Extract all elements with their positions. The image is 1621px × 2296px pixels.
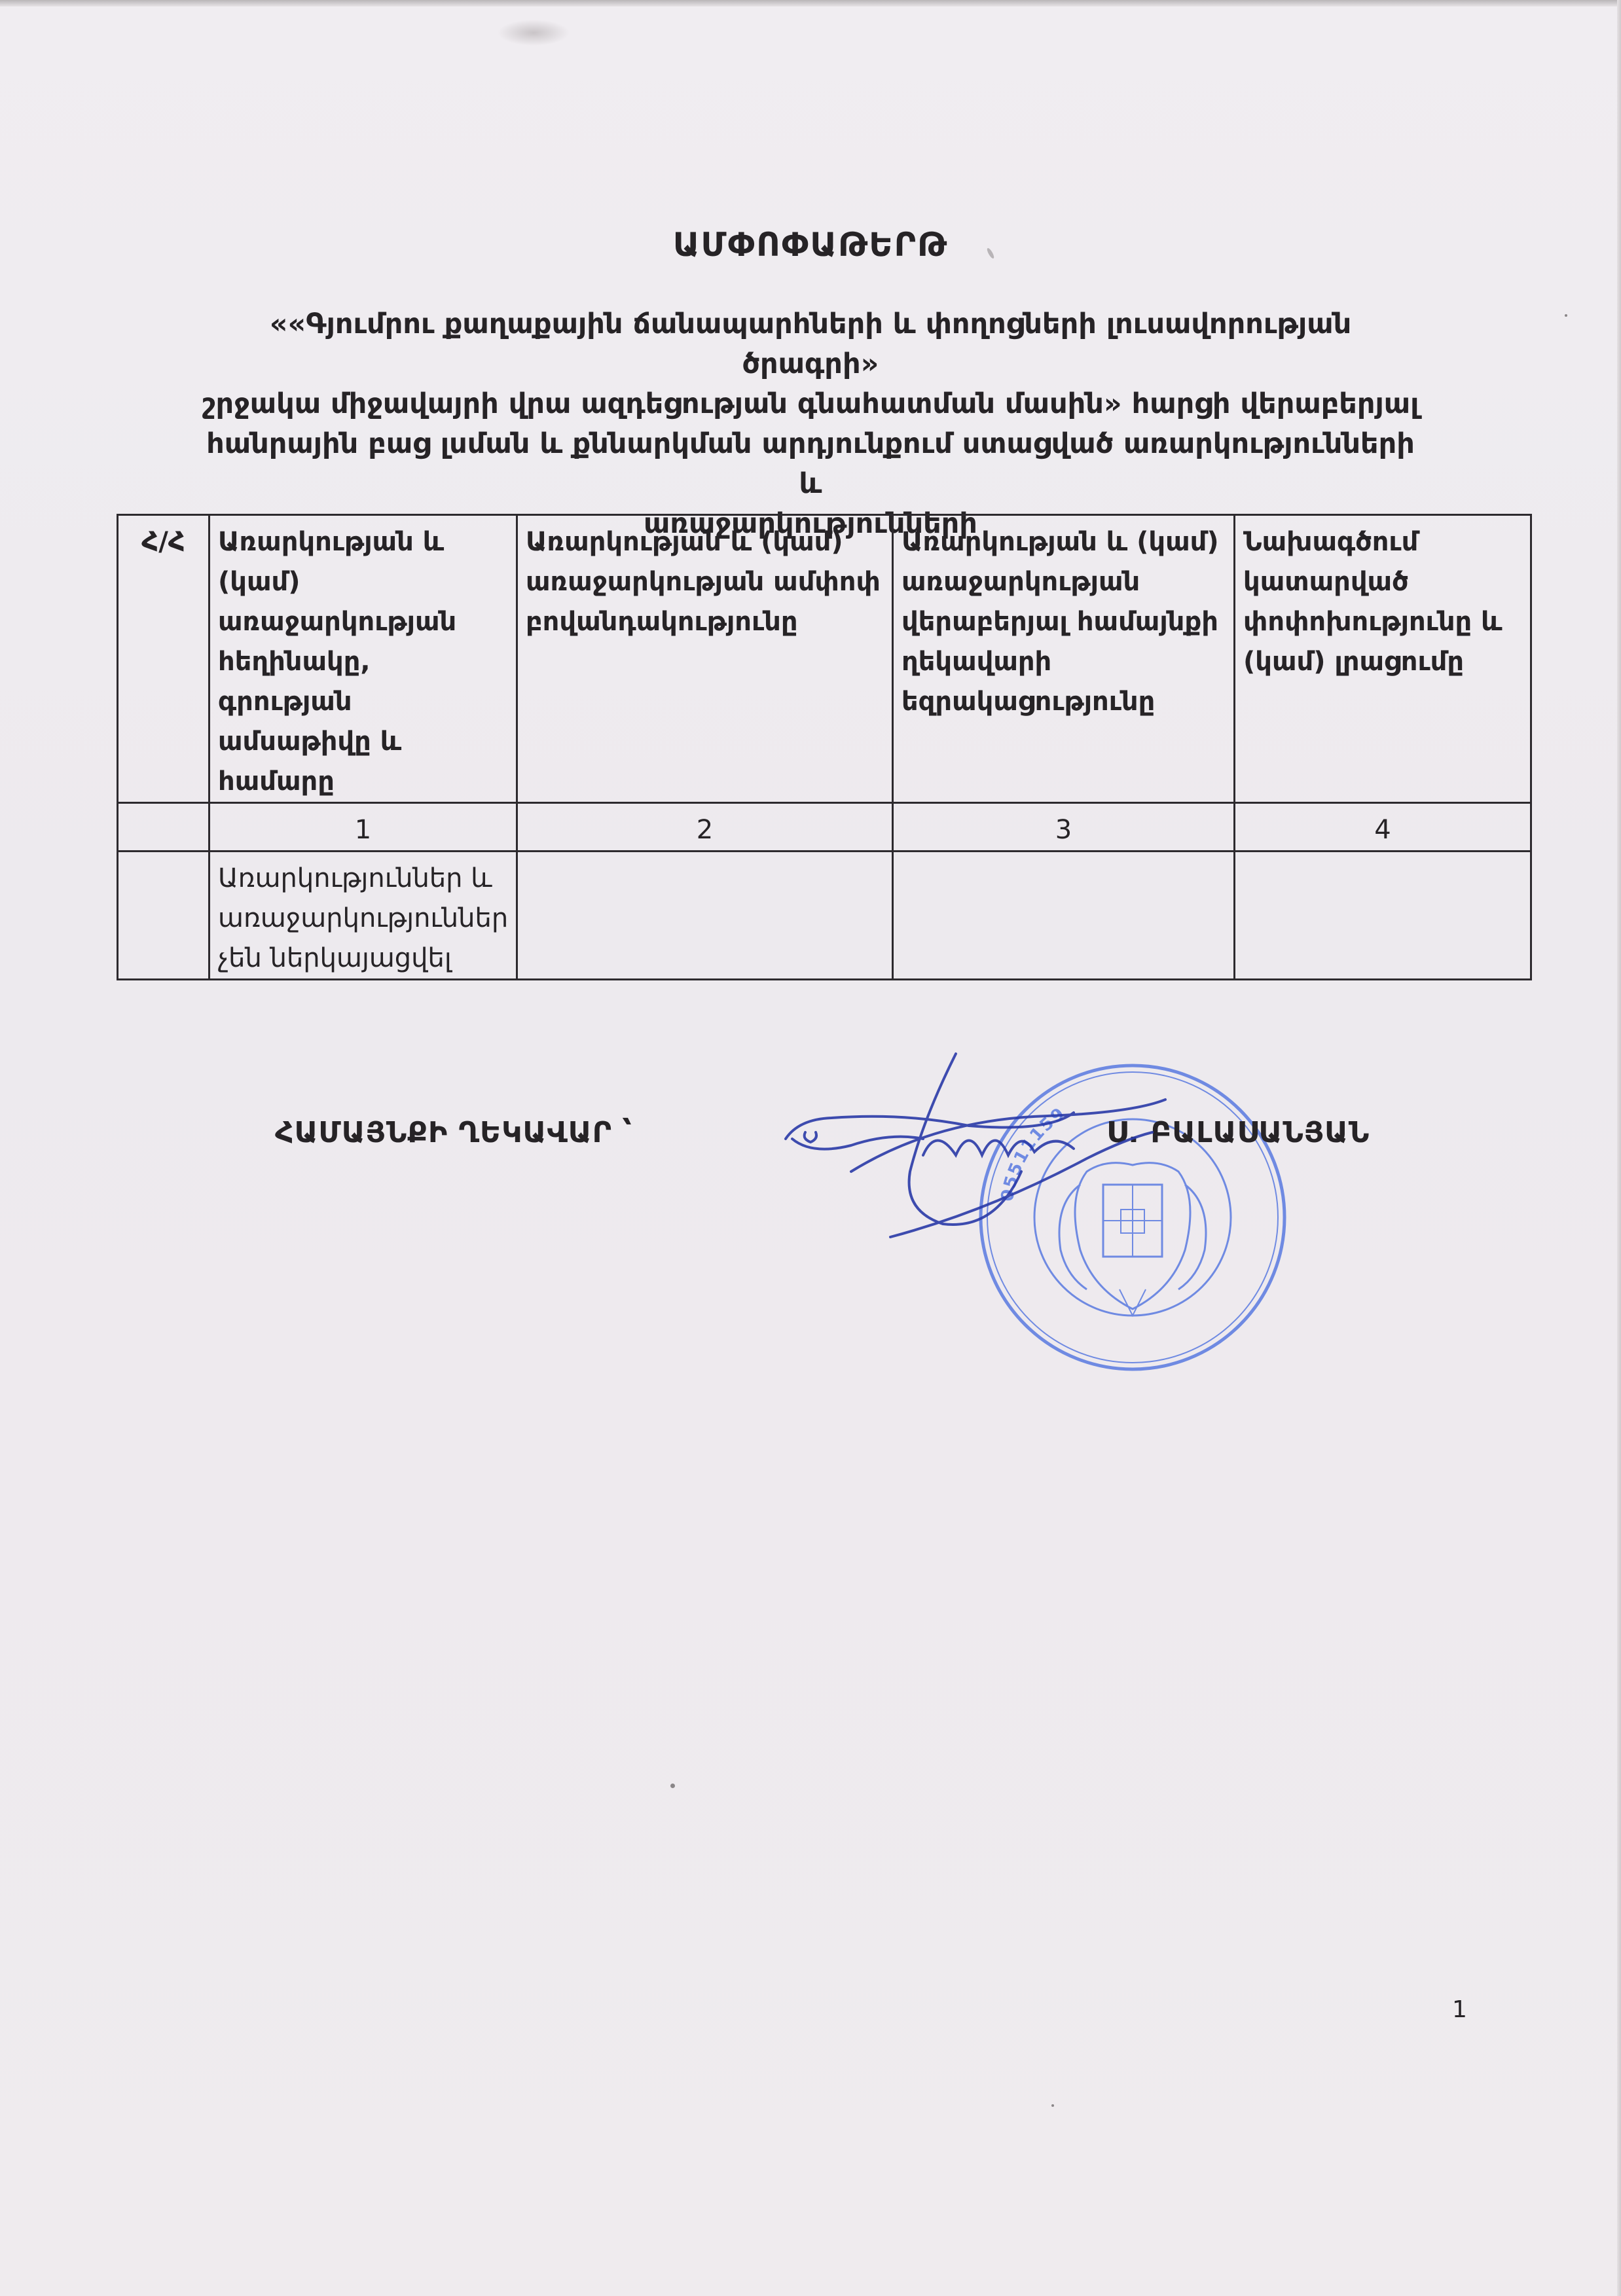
signatory-role: ՀԱՄԱՅՆՔԻ ՂԵԿԱՎԱՐ ՝ <box>275 1116 632 1149</box>
column-number-row: 1 2 3 4 <box>118 803 1531 852</box>
header-cell-number: Հ/Հ <box>118 515 209 803</box>
table-row: Առարկություններ և առաջարկություններ չեն … <box>118 852 1531 980</box>
subtitle-line: շրջակա միջավայրի վրա ազդեցության գնահատմ… <box>196 384 1425 424</box>
subtitle-line: ««Գյումրու քաղաքային ճանապարհների և փողո… <box>196 304 1425 384</box>
table-cell <box>1235 852 1531 980</box>
header-cell-author: Առարկության և (կամ) առաջարկության հեղինա… <box>209 515 517 803</box>
table-header-row: Հ/Հ Առարկության և (կամ) առաջարկության հե… <box>118 515 1531 803</box>
scan-smudge <box>498 20 570 46</box>
scan-top-edge <box>0 0 1621 7</box>
scan-speck <box>1051 2104 1054 2107</box>
header-cell-changes: Նախագծում կատարված փոփոխությունը և (կամ)… <box>1235 515 1531 803</box>
scan-speck <box>670 1784 675 1788</box>
table-cell: Առարկություններ և առաջարկություններ չեն … <box>209 852 517 980</box>
summary-table: Հ/Հ Առարկության և (կամ) առաջարկության հե… <box>117 514 1532 980</box>
scan-right-edge <box>1617 0 1621 2296</box>
handwritten-signature <box>773 1041 1296 1276</box>
column-number-cell: 2 <box>517 803 893 852</box>
scan-speck <box>1565 314 1567 317</box>
table-cell <box>517 852 893 980</box>
column-number-cell <box>118 803 209 852</box>
column-number-cell: 4 <box>1235 803 1531 852</box>
page-number: 1 <box>1452 1996 1467 2023</box>
document-title: ԱՄՓՈՓԱԹԵՐԹ <box>0 226 1621 264</box>
column-number-cell: 3 <box>893 803 1235 852</box>
header-cell-conclusion: Առարկության և (կամ) առաջարկության վերաբե… <box>893 515 1235 803</box>
document-subtitle: ««Գյումրու քաղաքային ճանապարհների և փողո… <box>196 304 1425 544</box>
table-cell <box>118 852 209 980</box>
subtitle-line: հանրային բաց լսման և քննարկման արդյունքո… <box>196 424 1425 504</box>
header-cell-summary: Առարկության և (կամ) առաջարկության ամփոփ … <box>517 515 893 803</box>
table-cell <box>893 852 1235 980</box>
column-number-cell: 1 <box>209 803 517 852</box>
document-page: ԱՄՓՈՓԱԹԵՐԹ ««Գյումրու քաղաքային ճանապարհ… <box>0 0 1621 2296</box>
